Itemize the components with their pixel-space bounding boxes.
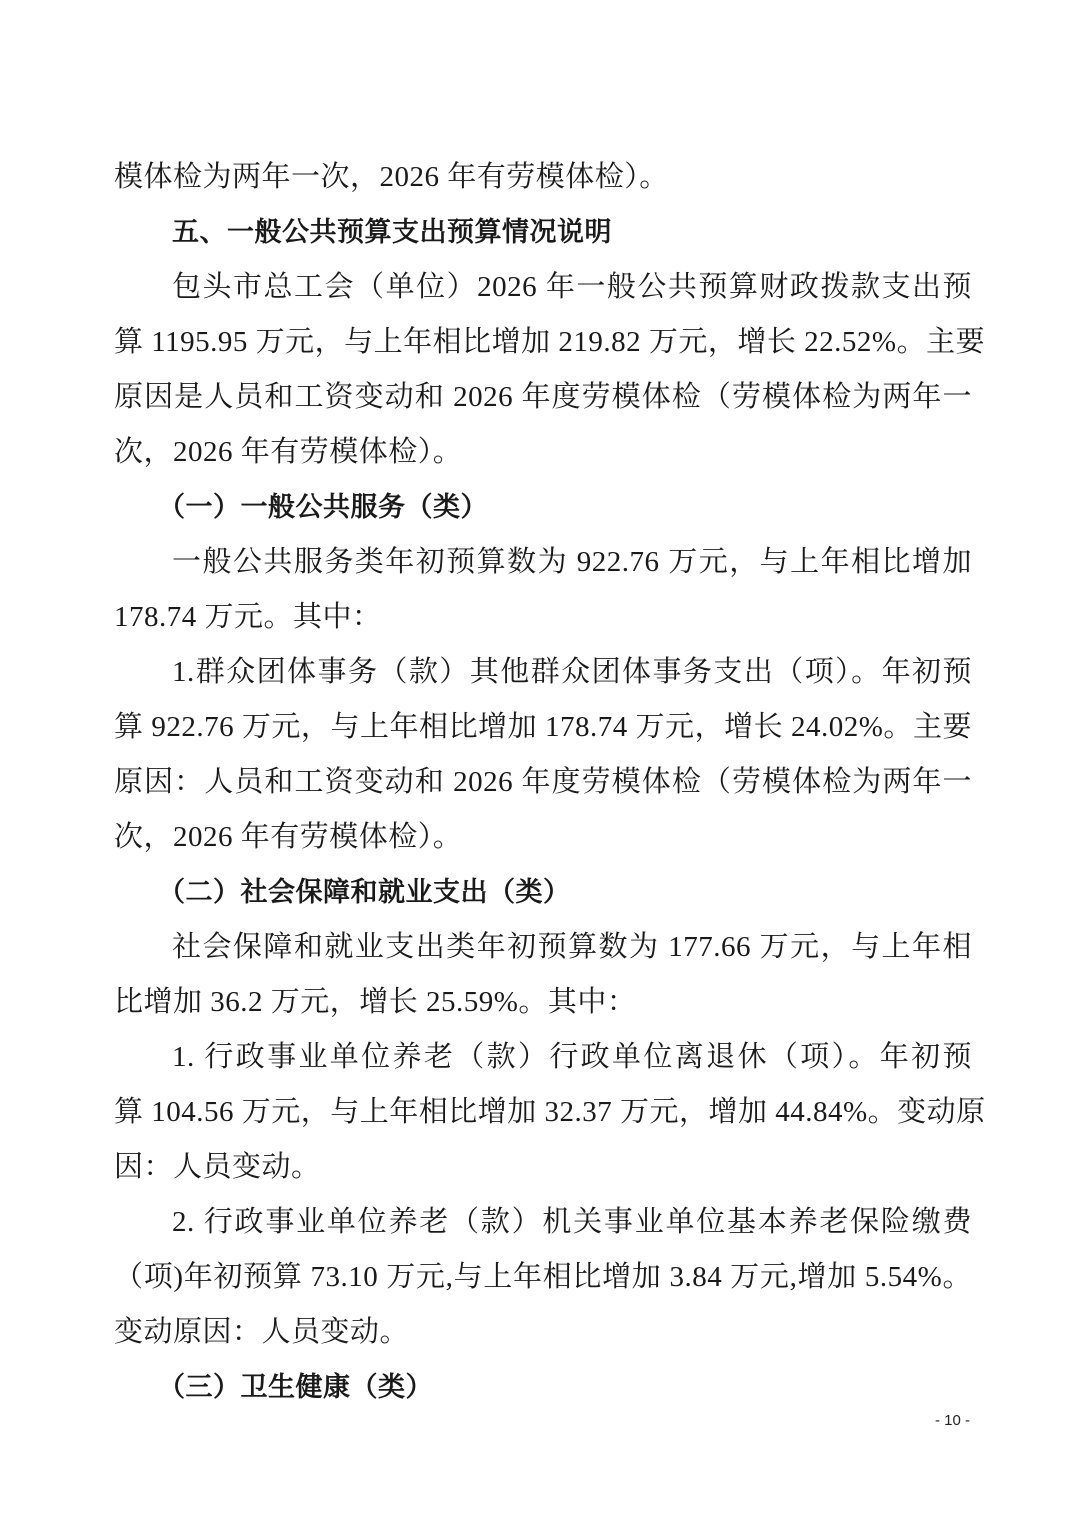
paragraph-line: 2. 行政事业单位养老（款）机关事业单位基本养老保险缴费 <box>114 1195 972 1250</box>
paragraph-line: 原因：人员和工资变动和 2026 年度劳模体检（劳模体检为两年一 <box>114 755 972 810</box>
paragraph-line: 原因是人员和工资变动和 2026 年度劳模体检（劳模体检为两年一 <box>114 370 972 425</box>
paragraph-line: 因：人员变动。 <box>114 1140 972 1195</box>
section-heading: 五、一般公共预算支出预算情况说明 <box>114 205 972 260</box>
paragraph-line: 178.74 万元。其中： <box>114 590 972 645</box>
paragraph-line: 比增加 36.2 万元，增长 25.59%。其中： <box>114 975 972 1030</box>
page-number: - 10 - <box>935 1412 970 1429</box>
paragraph-line: 社会保障和就业支出类年初预算数为 177.66 万元，与上年相 <box>114 920 972 975</box>
paragraph-line: 模体检为两年一次，2026 年有劳模体检）。 <box>114 150 972 205</box>
document-page: 模体检为两年一次，2026 年有劳模体检）。 五、一般公共预算支出预算情况说明 … <box>114 150 972 1415</box>
paragraph-line: 1.群众团体事务（款）其他群众团体事务支出（项）。年初预 <box>114 645 972 700</box>
paragraph-line: （项)年初预算 73.10 万元,与上年相比增加 3.84 万元,增加 5.54… <box>114 1250 972 1305</box>
subsection-heading: （一）一般公共服务（类） <box>114 480 972 535</box>
paragraph-line: 算 922.76 万元，与上年相比增加 178.74 万元，增长 24.02%。… <box>114 700 972 755</box>
subsection-heading: （三）卫生健康（类） <box>114 1360 972 1415</box>
paragraph-line: 变动原因：人员变动。 <box>114 1305 972 1360</box>
paragraph-line: 1. 行政事业单位养老（款）行政单位离退休（项）。年初预 <box>114 1030 972 1085</box>
paragraph-line: 次，2026 年有劳模体检）。 <box>114 810 972 865</box>
paragraph-line: 算 104.56 万元，与上年相比增加 32.37 万元，增加 44.84%。变… <box>114 1085 972 1140</box>
paragraph-line: 包头市总工会（单位）2026 年一般公共预算财政拨款支出预 <box>114 260 972 315</box>
paragraph-line: 算 1195.95 万元，与上年相比增加 219.82 万元，增长 22.52%… <box>114 315 972 370</box>
paragraph-line: 次，2026 年有劳模体检）。 <box>114 425 972 480</box>
paragraph-line: 一般公共服务类年初预算数为 922.76 万元，与上年相比增加 <box>114 535 972 590</box>
subsection-heading: （二）社会保障和就业支出（类） <box>114 865 972 920</box>
